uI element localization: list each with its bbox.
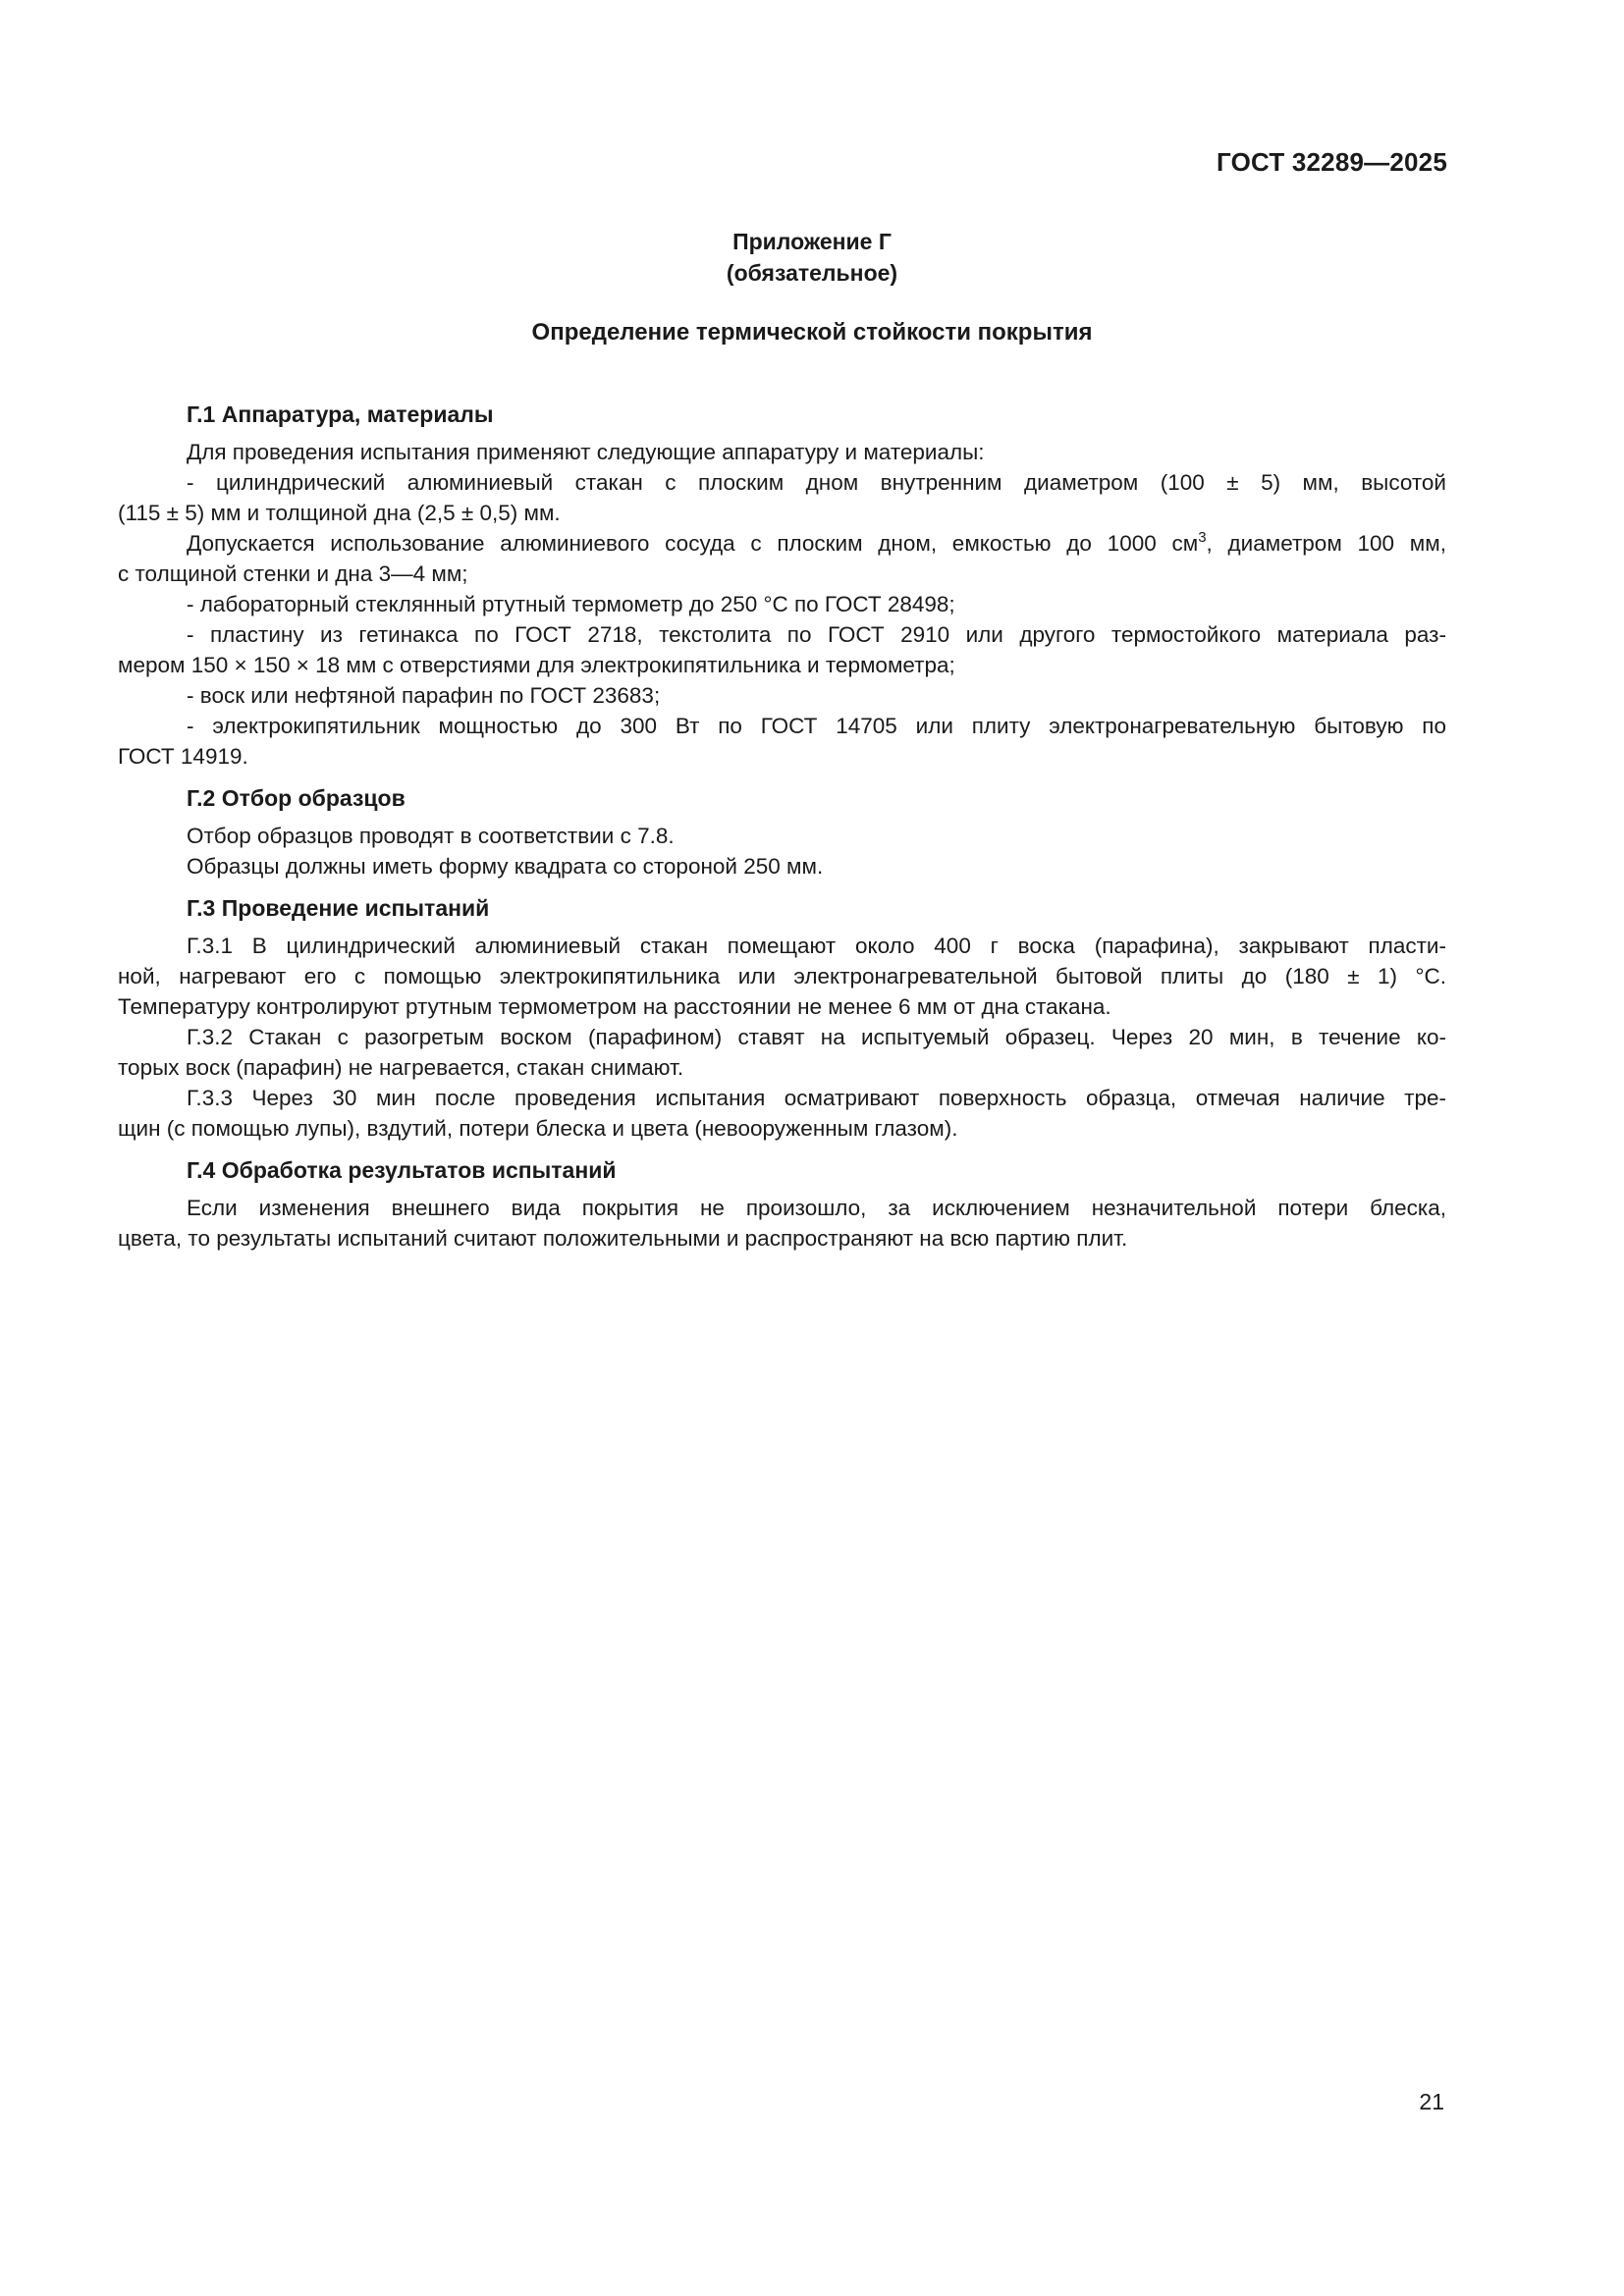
section-heading: Г.4 Обработка результатов испытаний	[118, 1153, 1446, 1187]
paragraph-line: Отбор образцов проводят в соответствии с…	[118, 821, 1446, 851]
paragraph-line: - цилиндрический алюминиевый стакан с пл…	[118, 467, 1446, 498]
paragraph-line: - пластину из гетинакса по ГОСТ 2718, те…	[118, 619, 1446, 650]
section-heading: Г.1 Аппаратура, материалы	[118, 398, 1446, 431]
paragraph-line: цвета, то результаты испытаний считают п…	[118, 1223, 1446, 1254]
annex-title: Определение термической стойкости покрыт…	[0, 319, 1624, 347]
paragraph-line: Температуру контролируют ртутным термоме…	[118, 991, 1446, 1022]
paragraph-line: (115 ± 5) мм и толщиной дна (2,5 ± 0,5) …	[118, 498, 1446, 528]
superscript: 3	[1198, 529, 1206, 546]
paragraph-line: мером 150 × 150 × 18 мм с отверстиями дл…	[118, 650, 1446, 680]
paragraph-line: - лабораторный стеклянный ртутный термом…	[118, 589, 1446, 619]
paragraph-line: Г.3.1 В цилиндрический алюминиевый стака…	[118, 931, 1446, 961]
paragraph-line: с толщиной стенки и дна 3—4 мм;	[118, 559, 1446, 589]
paragraph-line: - воск или нефтяной парафин по ГОСТ 2368…	[118, 680, 1446, 711]
paragraph-line: торых воск (парафин) не нагревается, ста…	[118, 1052, 1446, 1083]
paragraph-line: ной, нагревают его с помощью электрокипя…	[118, 961, 1446, 991]
paragraph-line: - электрокипятильник мощностью до 300 Вт…	[118, 711, 1446, 741]
section-heading: Г.3 Проведение испытаний	[118, 891, 1446, 925]
paragraph-line: Допускается использование алюминиевого с…	[118, 528, 1446, 559]
paragraph-line: Г.3.3 Через 30 мин после проведения испы…	[118, 1083, 1446, 1113]
paragraph-line: щин (с помощью лупы), вздутий, потери бл…	[118, 1113, 1446, 1144]
page-number: 21	[1419, 2089, 1444, 2115]
annex-status: (обязательное)	[0, 257, 1624, 289]
annex-label: Приложение Г	[0, 226, 1624, 257]
line-text: Допускается использование алюминиевого с…	[187, 531, 1198, 556]
document-page: ГОСТ 32289—2025 Приложение Г (обязательн…	[0, 0, 1624, 2296]
paragraph-line: Образцы должны иметь форму квадрата со с…	[118, 851, 1446, 881]
paragraph-line: Г.3.2 Стакан с разогретым воском (парафи…	[118, 1022, 1446, 1052]
document-body: Г.1 Аппаратура, материалыДля проведения …	[118, 398, 1446, 1254]
section-heading: Г.2 Отбор образцов	[118, 781, 1446, 815]
paragraph-line: Для проведения испытания применяют следу…	[118, 437, 1446, 467]
paragraph-line: ГОСТ 14919.	[118, 741, 1446, 772]
line-text-after: , диаметром 100 мм,	[1207, 531, 1446, 556]
document-id: ГОСТ 32289—2025	[1217, 147, 1447, 178]
annex-header: Приложение Г (обязательное)	[0, 226, 1624, 289]
paragraph-line: Если изменения внешнего вида покрытия не…	[118, 1193, 1446, 1223]
